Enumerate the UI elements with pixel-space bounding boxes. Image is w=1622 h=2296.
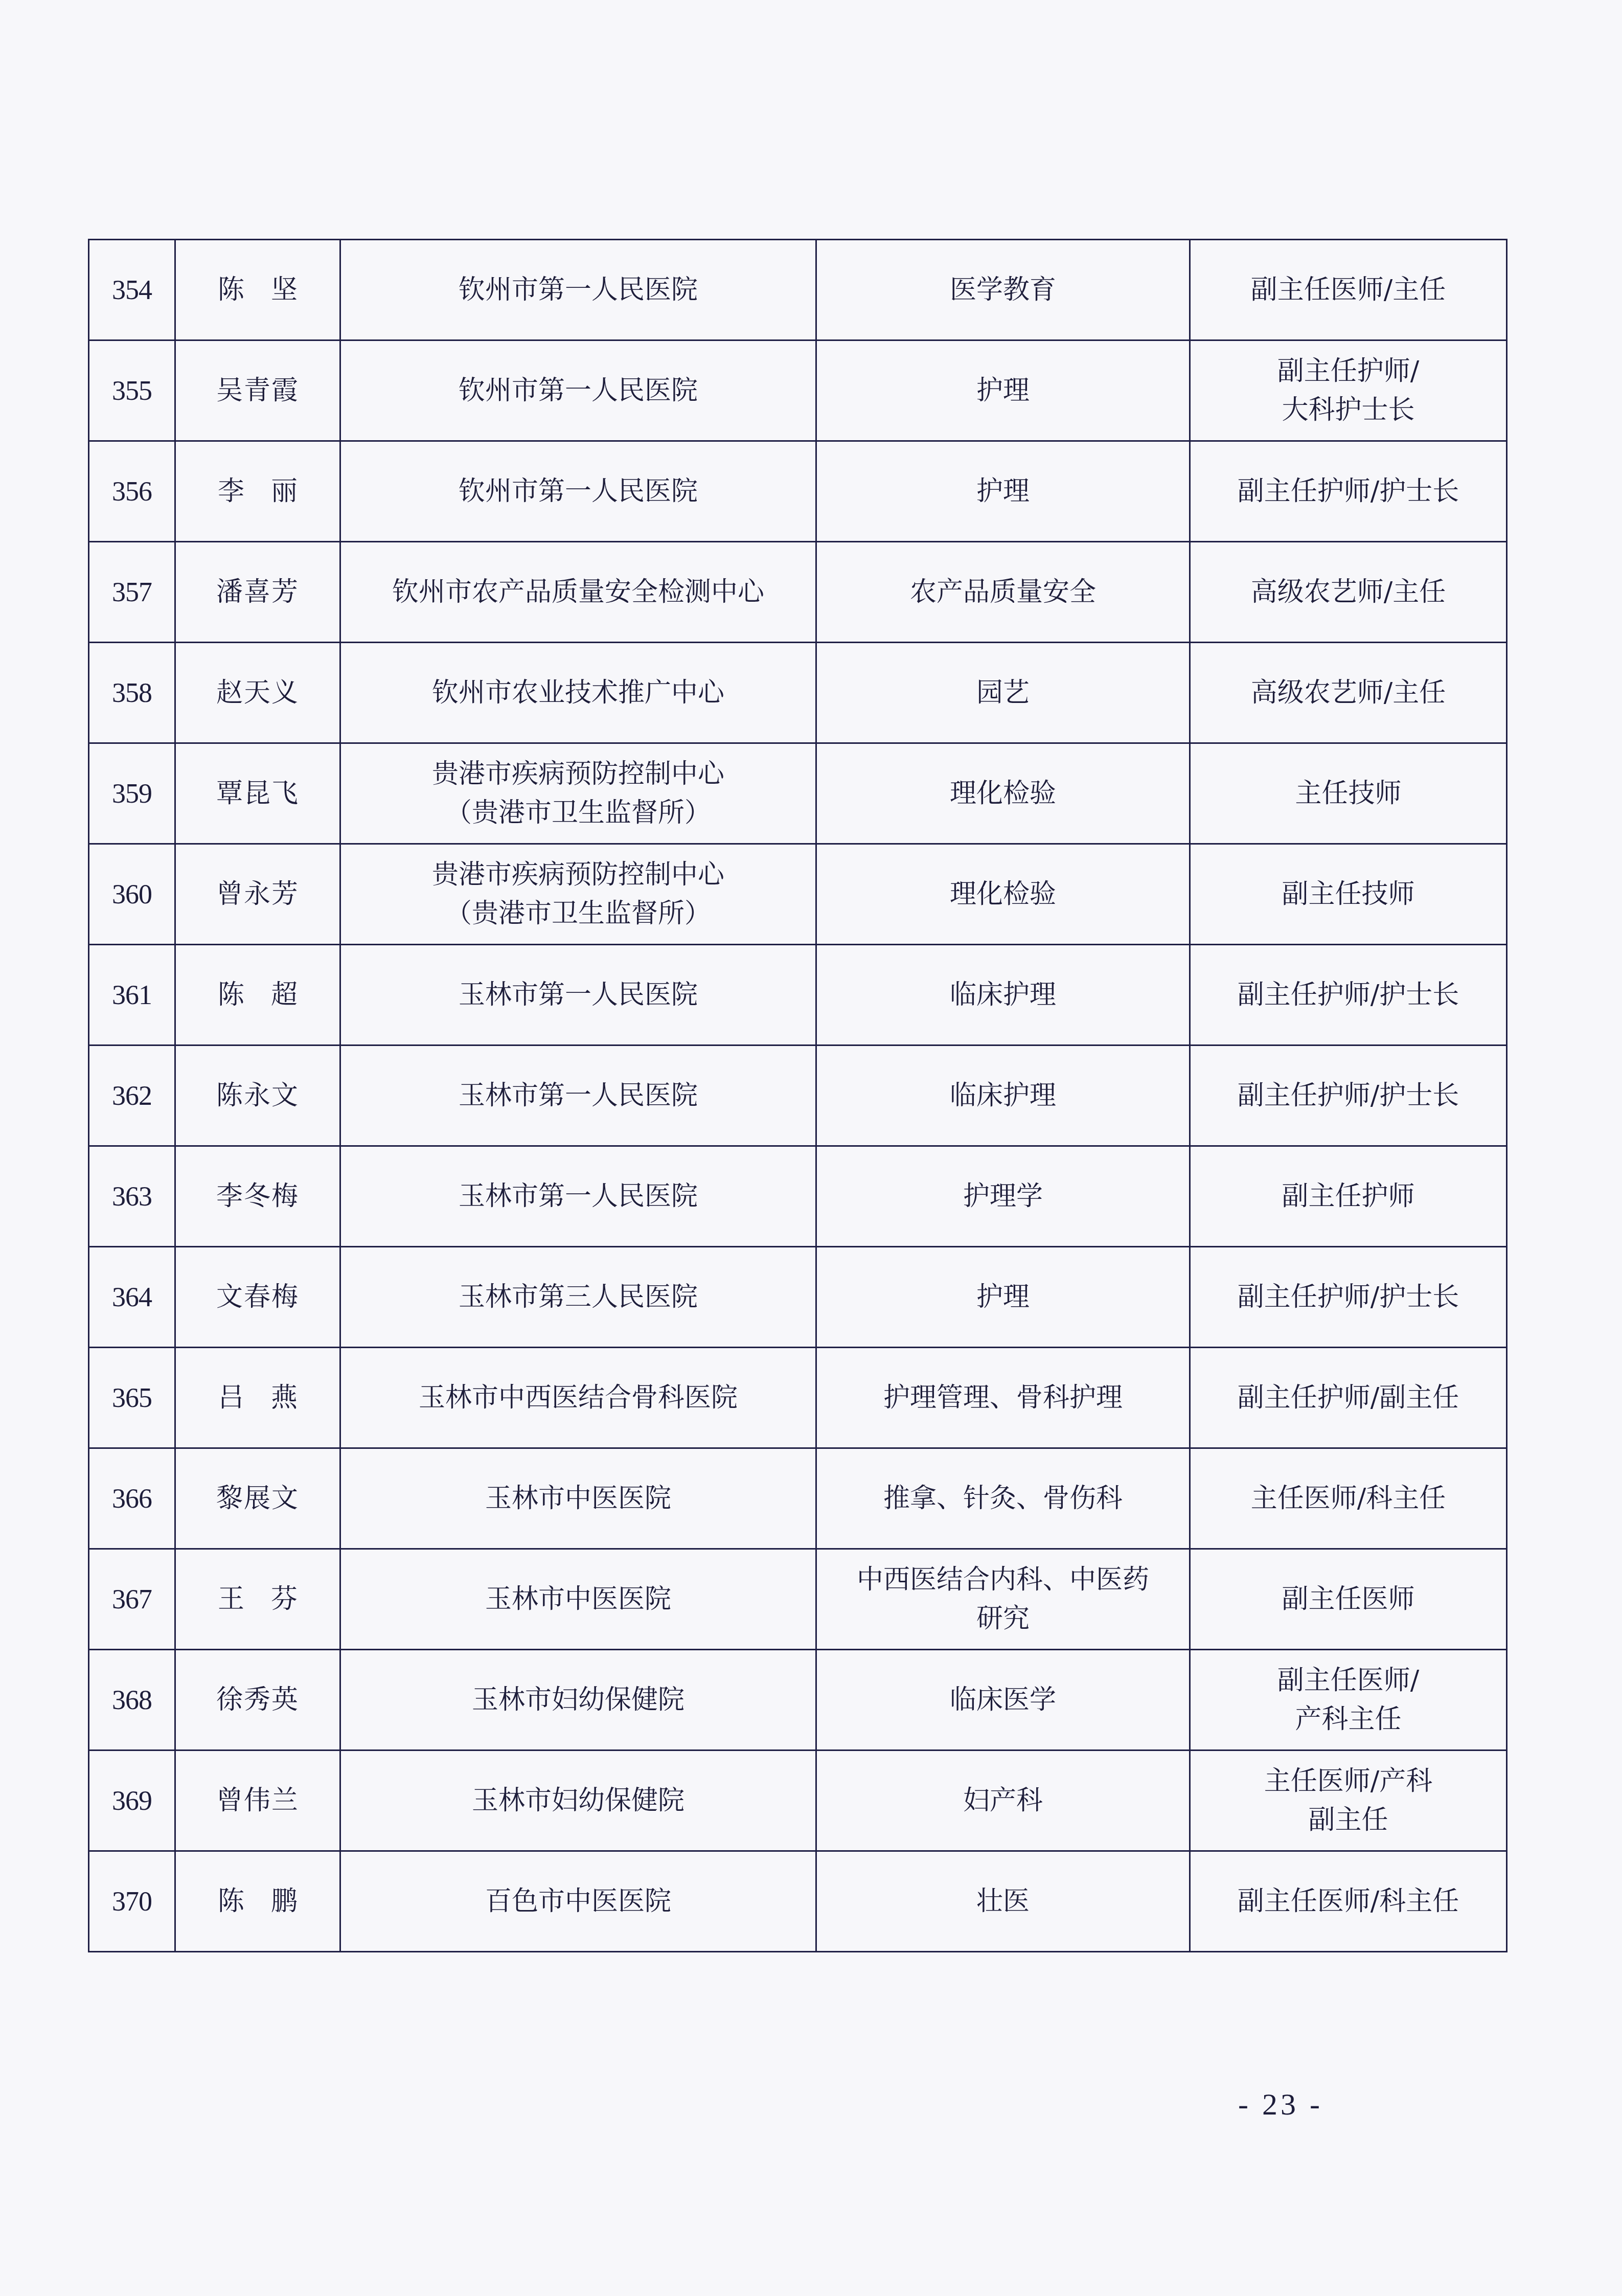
row-number-cell: 370 bbox=[89, 1851, 175, 1952]
row-number-cell: 364 bbox=[89, 1247, 175, 1348]
row-number-cell: 369 bbox=[89, 1751, 175, 1851]
specialty-cell: 理化检验 bbox=[816, 743, 1190, 844]
name-cell: 吴青霞 bbox=[175, 340, 340, 441]
unit-line: 钦州市第一人民医院 bbox=[347, 472, 809, 511]
specialty-cell: 妇产科 bbox=[816, 1751, 1190, 1851]
name-cell: 王芬 bbox=[175, 1549, 340, 1650]
specialty-line: 护理 bbox=[823, 1278, 1183, 1316]
table-row: 366黎展文玉林市中医医院推拿、针灸、骨伤科主任医师/科主任 bbox=[89, 1448, 1507, 1549]
name-cell: 陈鹏 bbox=[175, 1851, 340, 1952]
title-cell: 高级农艺师/主任 bbox=[1190, 643, 1507, 743]
specialty-line: 护理 bbox=[823, 472, 1183, 511]
unit-cell: 玉林市第一人民医院 bbox=[340, 1045, 816, 1146]
unit-cell: 钦州市第一人民医院 bbox=[340, 340, 816, 441]
name-cell: 曾永芳 bbox=[175, 844, 340, 945]
specialty-line: 理化检验 bbox=[823, 875, 1183, 914]
row-number-cell: 366 bbox=[89, 1448, 175, 1549]
table-body: 354陈坚钦州市第一人民医院医学教育副主任医师/主任355吴青霞钦州市第一人民医… bbox=[89, 240, 1507, 1952]
specialty-cell: 护理 bbox=[816, 1247, 1190, 1348]
table-row: 369曾伟兰玉林市妇幼保健院妇产科主任医师/产科副主任 bbox=[89, 1751, 1507, 1851]
specialty-cell: 临床护理 bbox=[816, 945, 1190, 1045]
title-line: 产科主任 bbox=[1197, 1700, 1500, 1739]
table-row: 362陈永文玉林市第一人民医院临床护理副主任护师/护士长 bbox=[89, 1045, 1507, 1146]
row-number-cell: 362 bbox=[89, 1045, 175, 1146]
specialty-line: 壮医 bbox=[823, 1882, 1183, 1921]
specialty-line: 护理管理、骨科护理 bbox=[823, 1378, 1183, 1417]
title-cell: 副主任护师/护士长 bbox=[1190, 1045, 1507, 1146]
specialty-line: 农产品质量安全 bbox=[823, 573, 1183, 611]
row-number-cell: 363 bbox=[89, 1146, 175, 1247]
title-line: 主任医师/科主任 bbox=[1197, 1479, 1500, 1518]
table-row: 356李丽钦州市第一人民医院护理副主任护师/护士长 bbox=[89, 441, 1507, 542]
table-row: 363李冬梅玉林市第一人民医院护理学副主任护师 bbox=[89, 1146, 1507, 1247]
specialty-cell: 农产品质量安全 bbox=[816, 542, 1190, 643]
name-cell: 陈坚 bbox=[175, 240, 340, 340]
table-row: 358赵天义钦州市农业技术推广中心园艺高级农艺师/主任 bbox=[89, 643, 1507, 743]
unit-line: 贵港市疾病预防控制中心 bbox=[347, 755, 809, 793]
name-cell: 黎展文 bbox=[175, 1448, 340, 1549]
title-cell: 副主任医师/产科主任 bbox=[1190, 1650, 1507, 1751]
unit-line: 玉林市妇幼保健院 bbox=[347, 1781, 809, 1820]
unit-line: 钦州市农业技术推广中心 bbox=[347, 673, 809, 712]
specialty-line: 护理学 bbox=[823, 1177, 1183, 1216]
name-cell: 文春梅 bbox=[175, 1247, 340, 1348]
unit-line: 玉林市第三人民医院 bbox=[347, 1278, 809, 1316]
table-row: 365吕燕玉林市中西医结合骨科医院护理管理、骨科护理副主任护师/副主任 bbox=[89, 1348, 1507, 1448]
unit-cell: 钦州市农产品质量安全检测中心 bbox=[340, 542, 816, 643]
title-line: 副主任医师/科主任 bbox=[1197, 1882, 1500, 1921]
title-line: 高级农艺师/主任 bbox=[1197, 673, 1500, 712]
row-number-cell: 365 bbox=[89, 1348, 175, 1448]
specialty-line: 临床护理 bbox=[823, 975, 1183, 1014]
unit-cell: 钦州市第一人民医院 bbox=[340, 240, 816, 340]
title-line: 副主任护师/护士长 bbox=[1197, 1278, 1500, 1316]
unit-line: 玉林市第一人民医院 bbox=[347, 975, 809, 1014]
row-number-cell: 359 bbox=[89, 743, 175, 844]
title-line: 副主任护师/护士长 bbox=[1197, 975, 1500, 1014]
unit-line: （贵港市卫生监督所） bbox=[347, 894, 809, 933]
unit-cell: 贵港市疾病预防控制中心（贵港市卫生监督所） bbox=[340, 743, 816, 844]
unit-line: 钦州市第一人民医院 bbox=[347, 371, 809, 410]
specialty-line: 中西医结合内科、中医药 bbox=[823, 1560, 1183, 1599]
row-number-cell: 367 bbox=[89, 1549, 175, 1650]
title-cell: 主任技师 bbox=[1190, 743, 1507, 844]
unit-line: 玉林市中医医院 bbox=[347, 1580, 809, 1619]
name-cell: 吕燕 bbox=[175, 1348, 340, 1448]
unit-cell: 玉林市中医医院 bbox=[340, 1549, 816, 1650]
title-line: 副主任 bbox=[1197, 1801, 1500, 1839]
unit-line: 玉林市妇幼保健院 bbox=[347, 1680, 809, 1719]
title-cell: 副主任护师/护士长 bbox=[1190, 1247, 1507, 1348]
specialty-line: 妇产科 bbox=[823, 1781, 1183, 1820]
personnel-table: 354陈坚钦州市第一人民医院医学教育副主任医师/主任355吴青霞钦州市第一人民医… bbox=[88, 239, 1507, 1952]
title-line: 副主任医师/主任 bbox=[1197, 270, 1500, 309]
title-line: 副主任技师 bbox=[1197, 875, 1500, 914]
unit-cell: 钦州市第一人民医院 bbox=[340, 441, 816, 542]
specialty-line: 临床医学 bbox=[823, 1680, 1183, 1719]
unit-line: 玉林市中医医院 bbox=[347, 1479, 809, 1518]
name-cell: 赵天义 bbox=[175, 643, 340, 743]
unit-cell: 玉林市第三人民医院 bbox=[340, 1247, 816, 1348]
title-cell: 主任医师/科主任 bbox=[1190, 1448, 1507, 1549]
title-cell: 主任医师/产科副主任 bbox=[1190, 1751, 1507, 1851]
unit-cell: 玉林市中西医结合骨科医院 bbox=[340, 1348, 816, 1448]
title-cell: 高级农艺师/主任 bbox=[1190, 542, 1507, 643]
table-row: 357潘喜芳钦州市农产品质量安全检测中心农产品质量安全高级农艺师/主任 bbox=[89, 542, 1507, 643]
unit-cell: 玉林市第一人民医院 bbox=[340, 1146, 816, 1247]
specialty-line: 护理 bbox=[823, 371, 1183, 410]
row-number-cell: 358 bbox=[89, 643, 175, 743]
specialty-cell: 临床医学 bbox=[816, 1650, 1190, 1751]
title-cell: 副主任护师/护士长 bbox=[1190, 441, 1507, 542]
title-line: 高级农艺师/主任 bbox=[1197, 573, 1500, 611]
unit-line: 贵港市疾病预防控制中心 bbox=[347, 855, 809, 894]
title-cell: 副主任医师/科主任 bbox=[1190, 1851, 1507, 1952]
table-row: 360曾永芳贵港市疾病预防控制中心（贵港市卫生监督所）理化检验副主任技师 bbox=[89, 844, 1507, 945]
specialty-line: 理化检验 bbox=[823, 774, 1183, 813]
title-cell: 副主任医师/主任 bbox=[1190, 240, 1507, 340]
name-cell: 李丽 bbox=[175, 441, 340, 542]
unit-cell: 玉林市妇幼保健院 bbox=[340, 1650, 816, 1751]
table-row: 359覃昆飞贵港市疾病预防控制中心（贵港市卫生监督所）理化检验主任技师 bbox=[89, 743, 1507, 844]
table-row: 368徐秀英玉林市妇幼保健院临床医学副主任医师/产科主任 bbox=[89, 1650, 1507, 1751]
name-cell: 徐秀英 bbox=[175, 1650, 340, 1751]
table-row: 370陈鹏百色市中医医院壮医副主任医师/科主任 bbox=[89, 1851, 1507, 1952]
title-line: 副主任医师 bbox=[1197, 1580, 1500, 1619]
unit-cell: 百色市中医医院 bbox=[340, 1851, 816, 1952]
specialty-cell: 护理学 bbox=[816, 1146, 1190, 1247]
unit-cell: 钦州市农业技术推广中心 bbox=[340, 643, 816, 743]
title-line: 副主任护师/护士长 bbox=[1197, 1076, 1500, 1115]
title-cell: 副主任护师/大科护士长 bbox=[1190, 340, 1507, 441]
specialty-cell: 护理 bbox=[816, 441, 1190, 542]
name-cell: 覃昆飞 bbox=[175, 743, 340, 844]
row-number-cell: 355 bbox=[89, 340, 175, 441]
specialty-line: 医学教育 bbox=[823, 270, 1183, 309]
title-line: 主任技师 bbox=[1197, 774, 1500, 813]
name-cell: 李冬梅 bbox=[175, 1146, 340, 1247]
specialty-cell: 壮医 bbox=[816, 1851, 1190, 1952]
specialty-cell: 临床护理 bbox=[816, 1045, 1190, 1146]
row-number-cell: 368 bbox=[89, 1650, 175, 1751]
title-line: 大科护士长 bbox=[1197, 391, 1500, 429]
title-cell: 副主任护师/护士长 bbox=[1190, 945, 1507, 1045]
table-row: 361陈超玉林市第一人民医院临床护理副主任护师/护士长 bbox=[89, 945, 1507, 1045]
unit-cell: 玉林市第一人民医院 bbox=[340, 945, 816, 1045]
unit-line: 玉林市第一人民医院 bbox=[347, 1076, 809, 1115]
title-line: 副主任护师 bbox=[1197, 1177, 1500, 1216]
title-line: 副主任护师/护士长 bbox=[1197, 472, 1500, 511]
name-cell: 陈永文 bbox=[175, 1045, 340, 1146]
title-cell: 副主任技师 bbox=[1190, 844, 1507, 945]
unit-line: 百色市中医医院 bbox=[347, 1882, 809, 1921]
title-line: 副主任医师/ bbox=[1197, 1661, 1500, 1700]
specialty-cell: 护理管理、骨科护理 bbox=[816, 1348, 1190, 1448]
specialty-cell: 园艺 bbox=[816, 643, 1190, 743]
unit-line: 玉林市第一人民医院 bbox=[347, 1177, 809, 1216]
title-cell: 副主任护师/副主任 bbox=[1190, 1348, 1507, 1448]
unit-cell: 玉林市妇幼保健院 bbox=[340, 1751, 816, 1851]
unit-cell: 玉林市中医医院 bbox=[340, 1448, 816, 1549]
title-cell: 副主任护师 bbox=[1190, 1146, 1507, 1247]
unit-line: 玉林市中西医结合骨科医院 bbox=[347, 1378, 809, 1417]
specialty-cell: 理化检验 bbox=[816, 844, 1190, 945]
specialty-cell: 护理 bbox=[816, 340, 1190, 441]
title-line: 副主任护师/ bbox=[1197, 352, 1500, 391]
specialty-line: 推拿、针灸、骨伤科 bbox=[823, 1479, 1183, 1518]
specialty-line: 临床护理 bbox=[823, 1076, 1183, 1115]
row-number-cell: 357 bbox=[89, 542, 175, 643]
name-cell: 曾伟兰 bbox=[175, 1751, 340, 1851]
row-number-cell: 354 bbox=[89, 240, 175, 340]
row-number-cell: 356 bbox=[89, 441, 175, 542]
specialty-line: 研究 bbox=[823, 1599, 1183, 1638]
title-line: 副主任护师/副主任 bbox=[1197, 1378, 1500, 1417]
unit-line: 钦州市第一人民医院 bbox=[347, 270, 809, 309]
unit-line: 钦州市农产品质量安全检测中心 bbox=[347, 573, 809, 611]
title-cell: 副主任医师 bbox=[1190, 1549, 1507, 1650]
specialty-cell: 中西医结合内科、中医药研究 bbox=[816, 1549, 1190, 1650]
name-cell: 陈超 bbox=[175, 945, 340, 1045]
title-line: 主任医师/产科 bbox=[1197, 1762, 1500, 1801]
table-row: 367王芬玉林市中医医院中西医结合内科、中医药研究副主任医师 bbox=[89, 1549, 1507, 1650]
row-number-cell: 360 bbox=[89, 844, 175, 945]
table-row: 354陈坚钦州市第一人民医院医学教育副主任医师/主任 bbox=[89, 240, 1507, 340]
row-number-cell: 361 bbox=[89, 945, 175, 1045]
name-cell: 潘喜芳 bbox=[175, 542, 340, 643]
table-row: 355吴青霞钦州市第一人民医院护理副主任护师/大科护士长 bbox=[89, 340, 1507, 441]
table-row: 364文春梅玉林市第三人民医院护理副主任护师/护士长 bbox=[89, 1247, 1507, 1348]
page-number: - 23 - bbox=[1217, 2087, 1344, 2122]
specialty-cell: 医学教育 bbox=[816, 240, 1190, 340]
specialty-cell: 推拿、针灸、骨伤科 bbox=[816, 1448, 1190, 1549]
specialty-line: 园艺 bbox=[823, 673, 1183, 712]
unit-line: （贵港市卫生监督所） bbox=[347, 793, 809, 832]
unit-cell: 贵港市疾病预防控制中心（贵港市卫生监督所） bbox=[340, 844, 816, 945]
